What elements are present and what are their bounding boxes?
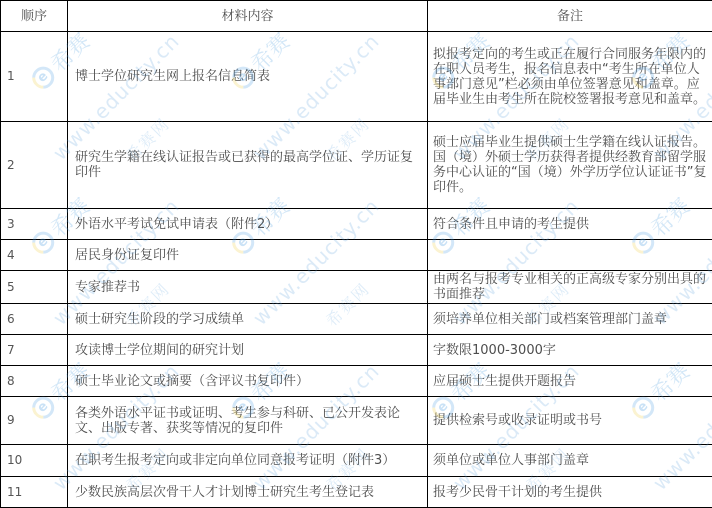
header-seq: 顺序 xyxy=(1,1,68,32)
row-seq: 8 xyxy=(1,366,68,397)
table-row: 4 居民身份证复印件 xyxy=(1,240,712,271)
remark-line: 硕士应届毕业生提供硕士生学籍在线认证报告。 xyxy=(433,135,708,150)
row-content: 外语水平考试免试申请表（附件2） xyxy=(68,209,428,240)
row-remark: 应届硕士生提供开题报告 xyxy=(428,366,712,397)
materials-table: 顺序 材料内容 备注 1 博士学位研究生网上报名信息简表 拟报考定向的考生或正在… xyxy=(0,0,712,508)
row-seq: 5 xyxy=(1,271,68,304)
table-row: 11 少数民族高层次骨干人才计划博士研究生考生登记表 报考少民骨干计划的考生提供 xyxy=(1,477,712,508)
remark-line: 国（境）外硕士学历获得者提供经教育部留学服务中心认证的“国（境）外学历学位认证证… xyxy=(433,150,708,195)
row-content: 硕士毕业论文或摘要（含评议书复印件） xyxy=(68,366,428,397)
row-seq: 3 xyxy=(1,209,68,240)
row-remark: 须单位或单位人事部门盖章 xyxy=(428,445,712,477)
row-content: 少数民族高层次骨干人才计划博士研究生考生登记表 xyxy=(68,477,428,508)
row-content: 在职考生报考定向或非定向单位同意报考证明（附件3） xyxy=(68,445,428,477)
row-remark: 由两名与报考专业相关的正高级专家分别出具的书面推荐 xyxy=(428,271,712,304)
row-seq: 2 xyxy=(1,122,68,209)
materials-table-container: 顺序 材料内容 备注 1 博士学位研究生网上报名信息简表 拟报考定向的考生或正在… xyxy=(0,0,712,508)
row-remark: 须培养单位相关部门或档案管理部门盖章 xyxy=(428,304,712,335)
row-content: 博士学位研究生网上报名信息简表 xyxy=(68,32,428,122)
table-row: 7 攻读博士学位期间的研究计划 字数限1000-3000字 xyxy=(1,335,712,366)
table-row: 1 博士学位研究生网上报名信息简表 拟报考定向的考生或正在履行合同服务年限内的在… xyxy=(1,32,712,122)
row-content: 居民身份证复印件 xyxy=(68,240,428,271)
table-row: 8 硕士毕业论文或摘要（含评议书复印件） 应届硕士生提供开题报告 xyxy=(1,366,712,397)
row-seq: 6 xyxy=(1,304,68,335)
row-content: 各类外语水平证书或证明、考生参与科研、已公开发表论文、出版专著、获奖等情况的复印… xyxy=(68,397,428,445)
row-seq: 9 xyxy=(1,397,68,445)
table-row: 5 专家推荐书 由两名与报考专业相关的正高级专家分别出具的书面推荐 xyxy=(1,271,712,304)
row-content: 研究生学籍在线认证报告或已获得的最高学位证、学历证复印件 xyxy=(68,122,428,209)
row-remark: 字数限1000-3000字 xyxy=(428,335,712,366)
row-remark: 报考少民骨干计划的考生提供 xyxy=(428,477,712,508)
row-seq: 11 xyxy=(1,477,68,508)
row-remark xyxy=(428,240,712,271)
row-remark: 提供检索号或收录证明或书号 xyxy=(428,397,712,445)
row-seq: 1 xyxy=(1,32,68,122)
table-row: 10 在职考生报考定向或非定向单位同意报考证明（附件3） 须单位或单位人事部门盖… xyxy=(1,445,712,477)
row-seq: 7 xyxy=(1,335,68,366)
table-row: 6 硕士研究生阶段的学习成绩单 须培养单位相关部门或档案管理部门盖章 xyxy=(1,304,712,335)
header-remark: 备注 xyxy=(428,1,712,32)
row-content: 攻读博士学位期间的研究计划 xyxy=(68,335,428,366)
table-row: 9 各类外语水平证书或证明、考生参与科研、已公开发表论文、出版专著、获奖等情况的… xyxy=(1,397,712,445)
row-seq: 10 xyxy=(1,445,68,477)
row-content: 硕士研究生阶段的学习成绩单 xyxy=(68,304,428,335)
row-remark: 硕士应届毕业生提供硕士生学籍在线认证报告。 国（境）外硕士学历获得者提供经教育部… xyxy=(428,122,712,209)
table-row: 2 研究生学籍在线认证报告或已获得的最高学位证、学历证复印件 硕士应届毕业生提供… xyxy=(1,122,712,209)
row-seq: 4 xyxy=(1,240,68,271)
row-content: 专家推荐书 xyxy=(68,271,428,304)
header-content: 材料内容 xyxy=(68,1,428,32)
row-remark: 拟报考定向的考生或正在履行合同服务年限内的在职人员考生，报名信息表中“考生所在单… xyxy=(428,32,712,122)
table-row: 3 外语水平考试免试申请表（附件2） 符合条件且申请的考生提供 xyxy=(1,209,712,240)
row-remark: 符合条件且申请的考生提供 xyxy=(428,209,712,240)
table-header-row: 顺序 材料内容 备注 xyxy=(1,1,712,32)
